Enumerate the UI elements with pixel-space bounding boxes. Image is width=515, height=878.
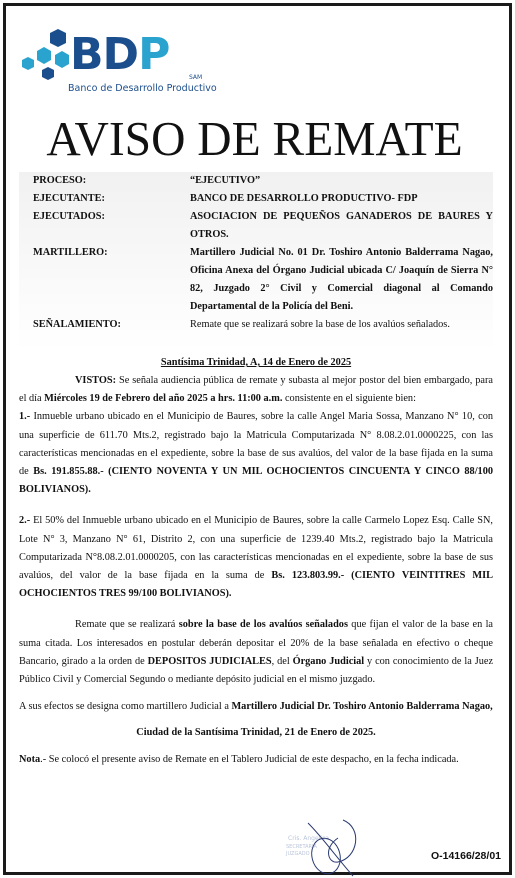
note-paragraph: Nota.- Se colocó el presente aviso de Re… [19,751,493,769]
signature-stamp-icon: Cris. Angelica SECRETARIA JUZGADO [268,818,408,878]
svg-text:JUZGADO: JUZGADO [285,851,310,857]
case-detail-label: MARTILLERO: [19,244,190,316]
case-detail-row: MARTILLERO:Martillero Judicial No. 01 Dr… [19,244,493,316]
case-detail-value: Martillero Judicial No. 01 Dr. Toshiro A… [190,244,493,316]
case-detail-row: PROCESO:“EJECUTIVO” [19,172,493,190]
logo-subtitle: Banco de Desarrollo Productivo [68,83,217,94]
case-detail-value: BANCO DE DESARROLLO PRODUCTIVO- FDP [190,190,493,208]
case-detail-value: ASOCIACION DE PEQUEÑOS GANADEROS DE BAUR… [190,208,493,244]
case-details: PROCESO:“EJECUTIVO”EJECUTANTE:BANCO DE D… [19,172,493,334]
issue-date: Santísima Trinidad, A, 14 de Enero de 20… [19,354,493,372]
logo-wordmark: BDP [70,30,169,80]
case-detail-row: EJECUTADOS:ASOCIACION DE PEQUEÑOS GANADE… [19,208,493,244]
bdp-logo: BDP SAM Banco de Desarrollo Productivo [18,25,218,100]
closing-date: Ciudad de la Santísima Trinidad, 21 de E… [19,724,493,742]
case-detail-label: EJECUTANTE: [19,190,190,208]
case-detail-value: Remate que se realizará sobre la base de… [190,316,493,334]
vistos-paragraph: VISTOS: Se señala audiencia pública de r… [19,372,493,408]
case-detail-label: EJECUTADOS: [19,208,190,244]
conditions-paragraph: Remate que se realizará sobre la base de… [19,616,493,689]
case-detail-row: EJECUTANTE:BANCO DE DESARROLLO PRODUCTIV… [19,190,493,208]
case-detail-label: PROCESO: [19,172,190,190]
designation-paragraph: A sus efectos se designa como martillero… [19,698,493,716]
reference-code: O-14166/28/01 [431,850,501,862]
case-detail-label: SEÑALAMIENTO: [19,316,190,334]
page-title: AVISO DE REMATE [8,112,502,166]
case-detail-value: “EJECUTIVO” [190,172,493,190]
property-item-2: 2.- El 50% del Inmueble urbano ubicado e… [19,512,493,603]
case-detail-row: SEÑALAMIENTO:Remate que se realizará sob… [19,316,493,334]
property-item-1: 1.- Inmueble urbano ubicado en el Munici… [19,408,493,499]
logo-suffix: SAM [189,74,202,81]
notice-body: PROCESO:“EJECUTIVO”EJECUTANTE:BANCO DE D… [19,172,493,769]
